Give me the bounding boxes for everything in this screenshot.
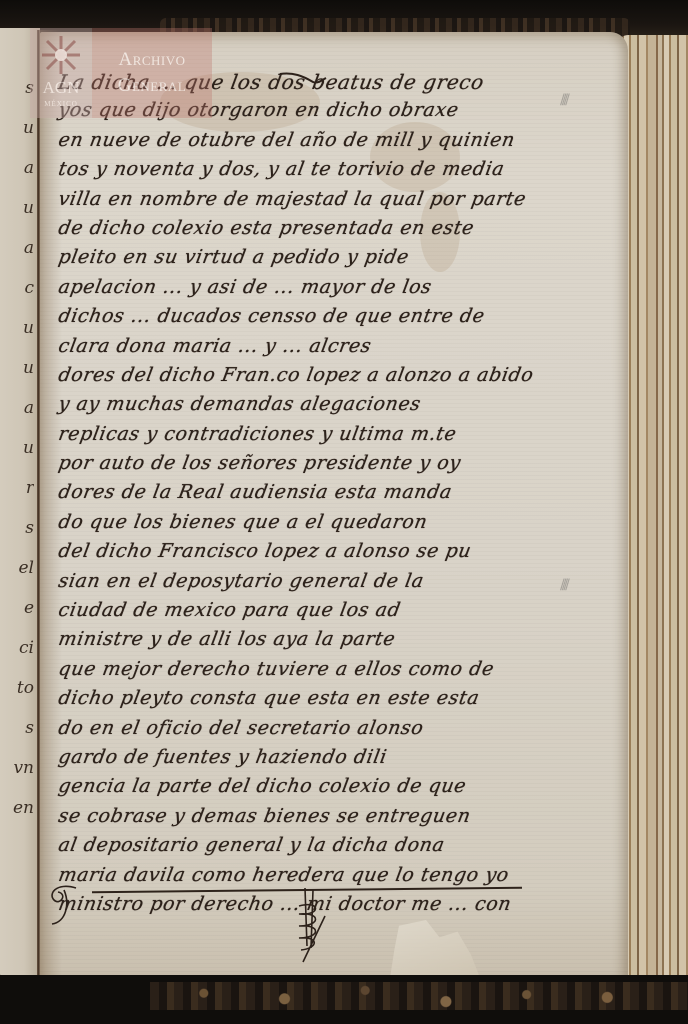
agn-name: Archivo General bbox=[92, 28, 212, 118]
manuscript-line: y ay muchas demandas alegaciones bbox=[55, 393, 580, 422]
manuscript-line: de dicho colexio esta presentada en este bbox=[55, 217, 580, 246]
marbled-cover bbox=[150, 982, 688, 1010]
facing-page-fragment: en bbox=[0, 788, 34, 828]
document-scan: suauacuuaurselecitosvnen //// //// La di… bbox=[0, 0, 688, 1024]
facing-page-fragment: c bbox=[0, 268, 34, 308]
facing-page-fragment: ci bbox=[0, 628, 34, 668]
agn-logo: AGN MÉXICO bbox=[30, 28, 92, 118]
facing-page-fragment: r bbox=[0, 468, 34, 508]
manuscript-line: se cobrase y demas bienes se entreguen bbox=[55, 805, 580, 834]
flourish-icon bbox=[46, 880, 96, 930]
handwritten-text: La dicha ... que los dos beatus de greco… bbox=[58, 70, 578, 922]
facing-page-fragment: u bbox=[0, 428, 34, 468]
manuscript-line: gencia la parte del dicho colexio de que bbox=[55, 775, 580, 804]
facing-page-fragment: a bbox=[0, 228, 34, 268]
facing-page-fragment: el bbox=[0, 548, 34, 588]
page-stack-edges bbox=[618, 35, 688, 980]
manuscript-line: do en el oficio del secretario alonso bbox=[55, 717, 580, 746]
manuscript-line: clara dona maria ... y ... alcres bbox=[55, 335, 580, 364]
rubric-signature-icon bbox=[285, 886, 335, 966]
manuscript-line: sian en el deposytario general de la bbox=[55, 570, 580, 599]
manuscript-line: que mejor derecho tuviere a ellos como d… bbox=[55, 658, 580, 687]
facing-page-fragment: u bbox=[0, 348, 34, 388]
facing-page-fragment: e bbox=[0, 588, 34, 628]
manuscript-line: apelacion ... y asi de ... mayor de los bbox=[55, 276, 580, 305]
manuscript-line: ministre y de alli los aya la parte bbox=[55, 628, 580, 657]
manuscript-line: del dicho Francisco lopez a alonso se pu bbox=[55, 540, 580, 569]
facing-page-fragment: u bbox=[0, 308, 34, 348]
agn-star-icon bbox=[40, 34, 82, 76]
agn-initials: AGN bbox=[32, 78, 90, 98]
manuscript-line: tos y noventa y dos, y al te torivio de … bbox=[55, 158, 580, 187]
facing-page-fragment: to bbox=[0, 668, 34, 708]
manuscript-line: replicas y contradiciones y ultima m.te bbox=[55, 423, 580, 452]
manuscript-line: al depositario general y la dicha dona bbox=[55, 834, 580, 863]
facing-page-text: suauacuuaurselecitosvnen bbox=[0, 68, 34, 828]
manuscript-line: dichos ... ducados censso de que entre d… bbox=[55, 305, 580, 334]
facing-page-left: suauacuuaurselecitosvnen bbox=[0, 28, 40, 978]
facing-page-fragment: a bbox=[0, 148, 34, 188]
manuscript-line: gardo de fuentes y haziendo dili bbox=[55, 746, 580, 775]
agn-name-line2: General bbox=[118, 73, 187, 99]
book-gutter bbox=[37, 30, 40, 975]
manuscript-line: en nueve de otubre del año de mill y qui… bbox=[55, 129, 580, 158]
manuscript-line: por auto de los señores presidente y oy bbox=[55, 452, 580, 481]
facing-page-fragment: u bbox=[0, 188, 34, 228]
facing-page-fragment: vn bbox=[0, 748, 34, 788]
facing-page-fragment: s bbox=[0, 708, 34, 748]
facing-page-fragment: s bbox=[0, 68, 34, 108]
manuscript-line: do que los bienes que a el quedaron bbox=[55, 511, 580, 540]
manuscript-line: dicho pleyto consta que esta en este est… bbox=[55, 687, 580, 716]
manuscript-line: dores del dicho Fran.co lopez a alonzo a… bbox=[55, 364, 580, 393]
agn-watermark: AGN MÉXICO Archivo General bbox=[30, 28, 212, 118]
agn-name-line1: Archivo bbox=[118, 47, 185, 73]
facing-page-fragment: a bbox=[0, 388, 34, 428]
manuscript-line: dores de la Real audiensia esta manda bbox=[55, 481, 580, 510]
manuscript-line: ciudad de mexico para que los ad bbox=[55, 599, 580, 628]
agn-country: MÉXICO bbox=[30, 100, 92, 108]
manuscript-line: pleito en su virtud a pedido y pide bbox=[55, 246, 580, 275]
facing-page-fragment: s bbox=[0, 508, 34, 548]
manuscript-line: villa en nombre de majestad la qual por … bbox=[55, 188, 580, 217]
facing-page-fragment: u bbox=[0, 108, 34, 148]
